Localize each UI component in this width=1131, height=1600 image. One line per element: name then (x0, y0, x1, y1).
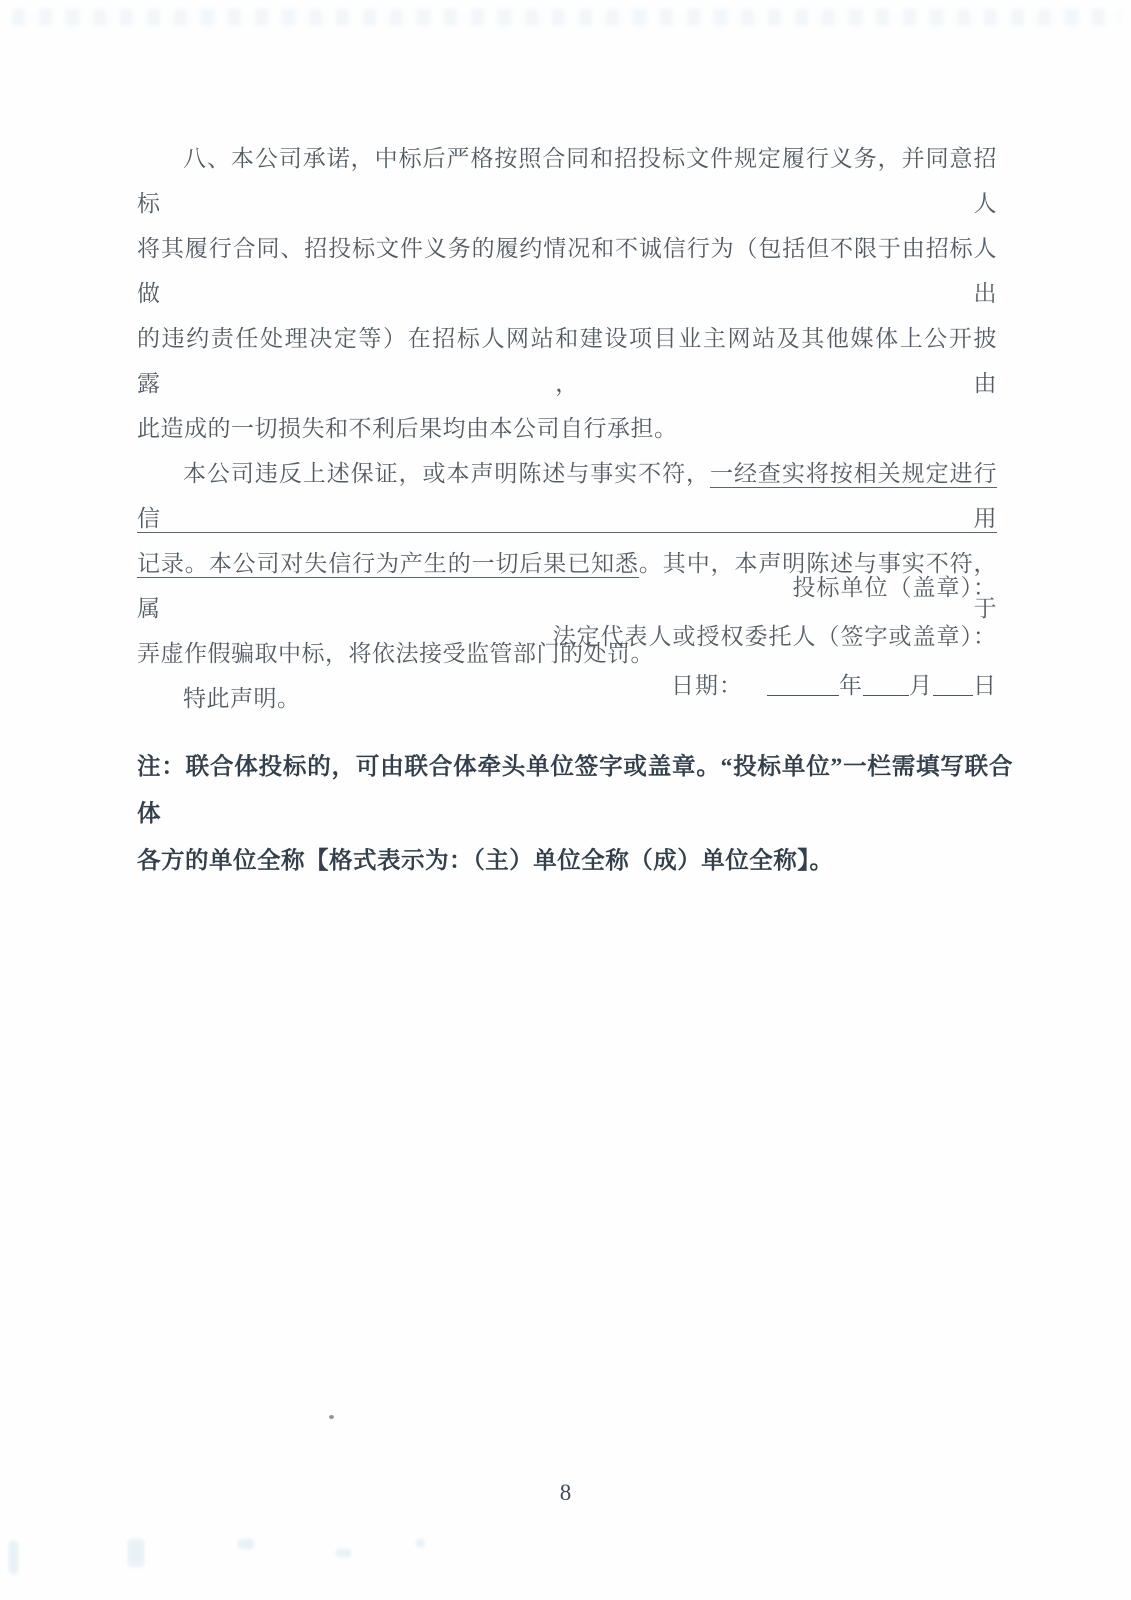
paragraph-line: 的违约责任处理决定等）在招标人网站和建设项目业主网站及其他媒体上公开披露，由 (137, 316, 997, 406)
page-number: 8 (0, 1480, 1131, 1506)
scan-smudge-artifact (238, 1539, 254, 1549)
note-line: 各方的单位全称【格式表示为：（主）单位全称（成）单位全称】。 (137, 838, 1013, 885)
clause-text: 本公司违反上述保证，或本声明陈述与事实不符， (183, 461, 710, 486)
note-line: 注：联合体投标的，可由联合体牵头单位签字或盖章。“投标单位”一栏需填写联合体 (137, 744, 1013, 838)
signature-line-bidder-seal: 投标单位（盖章）： (137, 563, 997, 612)
signature-block: 投标单位（盖章）： 法定代表人或授权委托人（签字或盖章）： 日期：年月日 (137, 563, 997, 710)
paragraph-line: 此造成的一切损失和不利后果均由本公司自行承担。 (137, 406, 997, 451)
date-month-label: 月 (909, 673, 933, 698)
paragraph-line: 本公司违反上述保证，或本声明陈述与事实不符，一经查实将按相关规定进行信用 (137, 451, 997, 541)
date-blank-month (863, 695, 909, 696)
date-label: 日期： (671, 673, 743, 698)
date-day-label: 日 (973, 673, 997, 698)
scan-smudge-artifact (128, 1539, 144, 1567)
scan-dot-artifact (329, 1415, 334, 1419)
date-blank-year (767, 695, 839, 696)
scan-bleed-artifact (12, 9, 1121, 26)
scan-smudge-artifact (336, 1549, 351, 1557)
paragraph-line: 将其履行合同、招投标文件义务的履约情况和不诚信行为（包括但不限于由招标人做出 (137, 226, 997, 316)
date-blank-day (933, 695, 973, 696)
joint-venture-note: 注：联合体投标的，可由联合体牵头单位签字或盖章。“投标单位”一栏需填写联合体 各… (137, 744, 1013, 885)
document-page: 八、本公司承诺，中标后严格按照合同和招投标文件规定履行义务，并同意招标人 将其履… (0, 0, 1131, 1600)
scan-smudge-artifact (9, 1541, 18, 1574)
date-year-label: 年 (839, 673, 863, 698)
scan-smudge-artifact (416, 1539, 425, 1547)
signature-date-line: 日期：年月日 (137, 661, 997, 710)
paragraph-line: 八、本公司承诺，中标后严格按照合同和招投标文件规定履行义务，并同意招标人 (137, 136, 997, 226)
signature-line-legal-rep: 法定代表人或授权委托人（签字或盖章）： (137, 612, 997, 661)
